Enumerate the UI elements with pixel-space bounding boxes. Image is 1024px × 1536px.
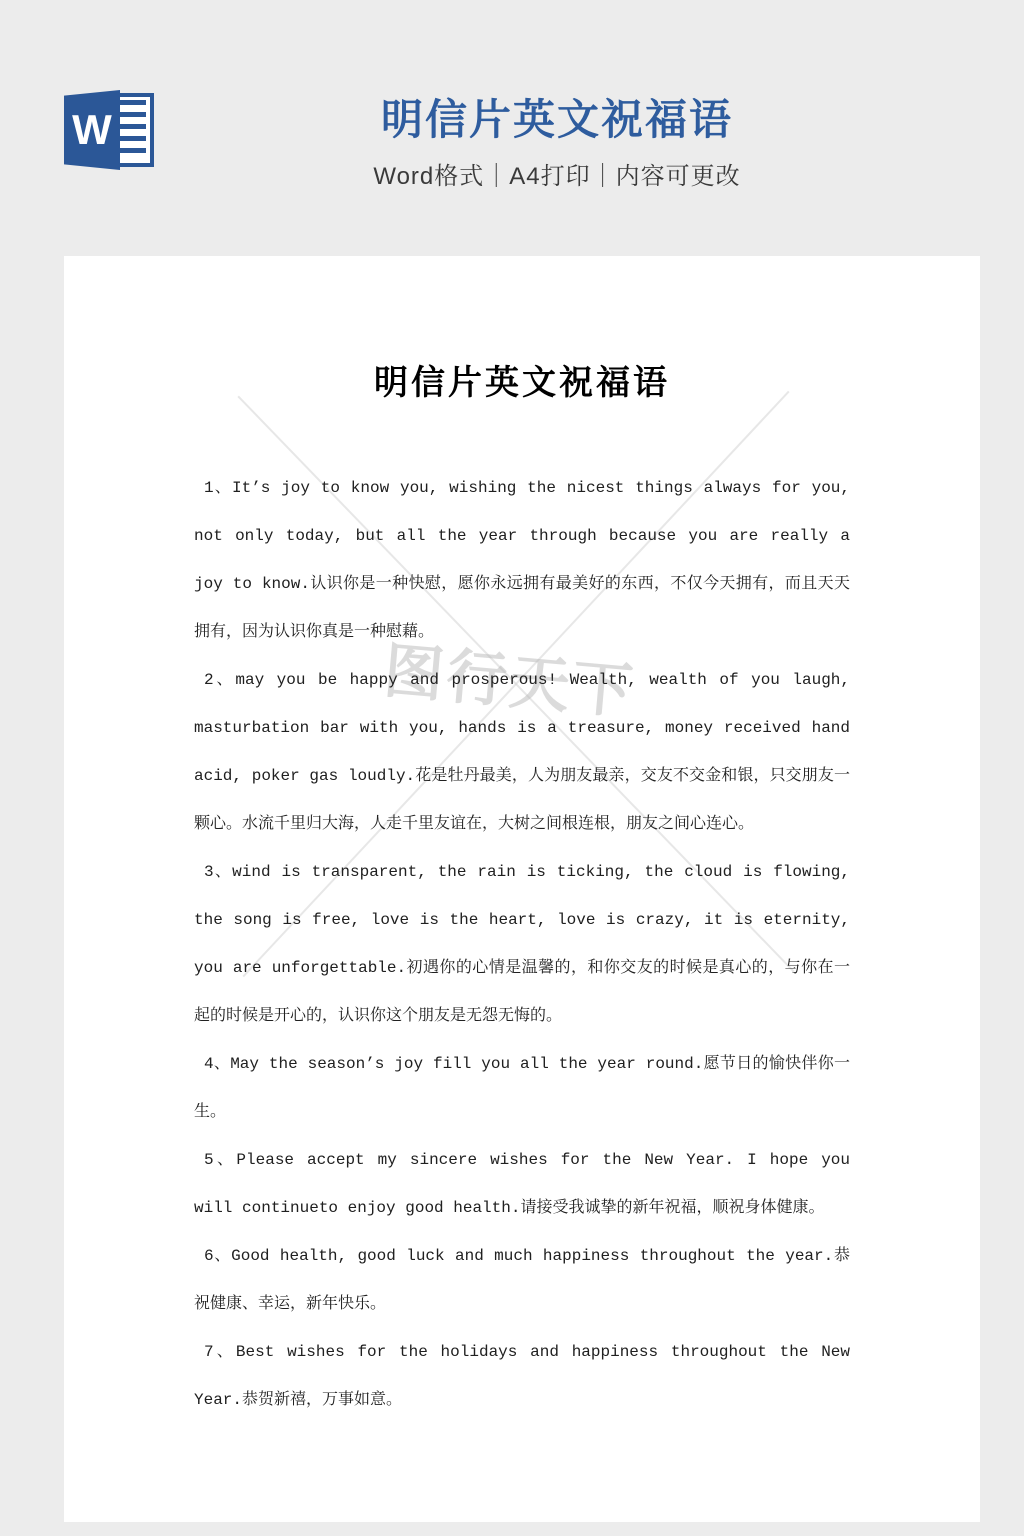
document-page: 图行天下 明信片英文祝福语 1、It’s joy to know you, wi… (64, 256, 980, 1522)
header-text-block: 明信片英文祝福语 Word格式｜A4打印｜内容可更改 (373, 96, 740, 191)
word-icon-cover: W (64, 90, 120, 170)
paragraph-4: 4、May the season’s joy fill you all the … (194, 1040, 850, 1136)
paragraph-3: 3、wind is transparent, the rain is ticki… (194, 848, 850, 1040)
header-subtitle: Word格式｜A4打印｜内容可更改 (373, 156, 740, 191)
document-body: 1、It’s joy to know you, wishing the nice… (194, 464, 850, 1424)
paragraph-7: 7、Best wishes for the holidays and happi… (194, 1328, 850, 1424)
paragraph-1: 1、It’s joy to know you, wishing the nice… (194, 464, 850, 656)
paragraph-6: 6、Good health, good luck and much happin… (194, 1232, 850, 1328)
paragraph-2: 2、may you be happy and prosperous! Wealt… (194, 656, 850, 848)
document-title: 明信片英文祝福语 (64, 360, 980, 408)
word-icon: W (64, 90, 158, 170)
word-icon-letter: W (72, 106, 112, 154)
paragraph-5: 5、Please accept my sincere wishes for th… (194, 1136, 850, 1232)
header-title: 明信片英文祝福语 (373, 96, 740, 144)
site-header: W 明信片英文祝福语 Word格式｜A4打印｜内容可更改 (0, 0, 1024, 256)
